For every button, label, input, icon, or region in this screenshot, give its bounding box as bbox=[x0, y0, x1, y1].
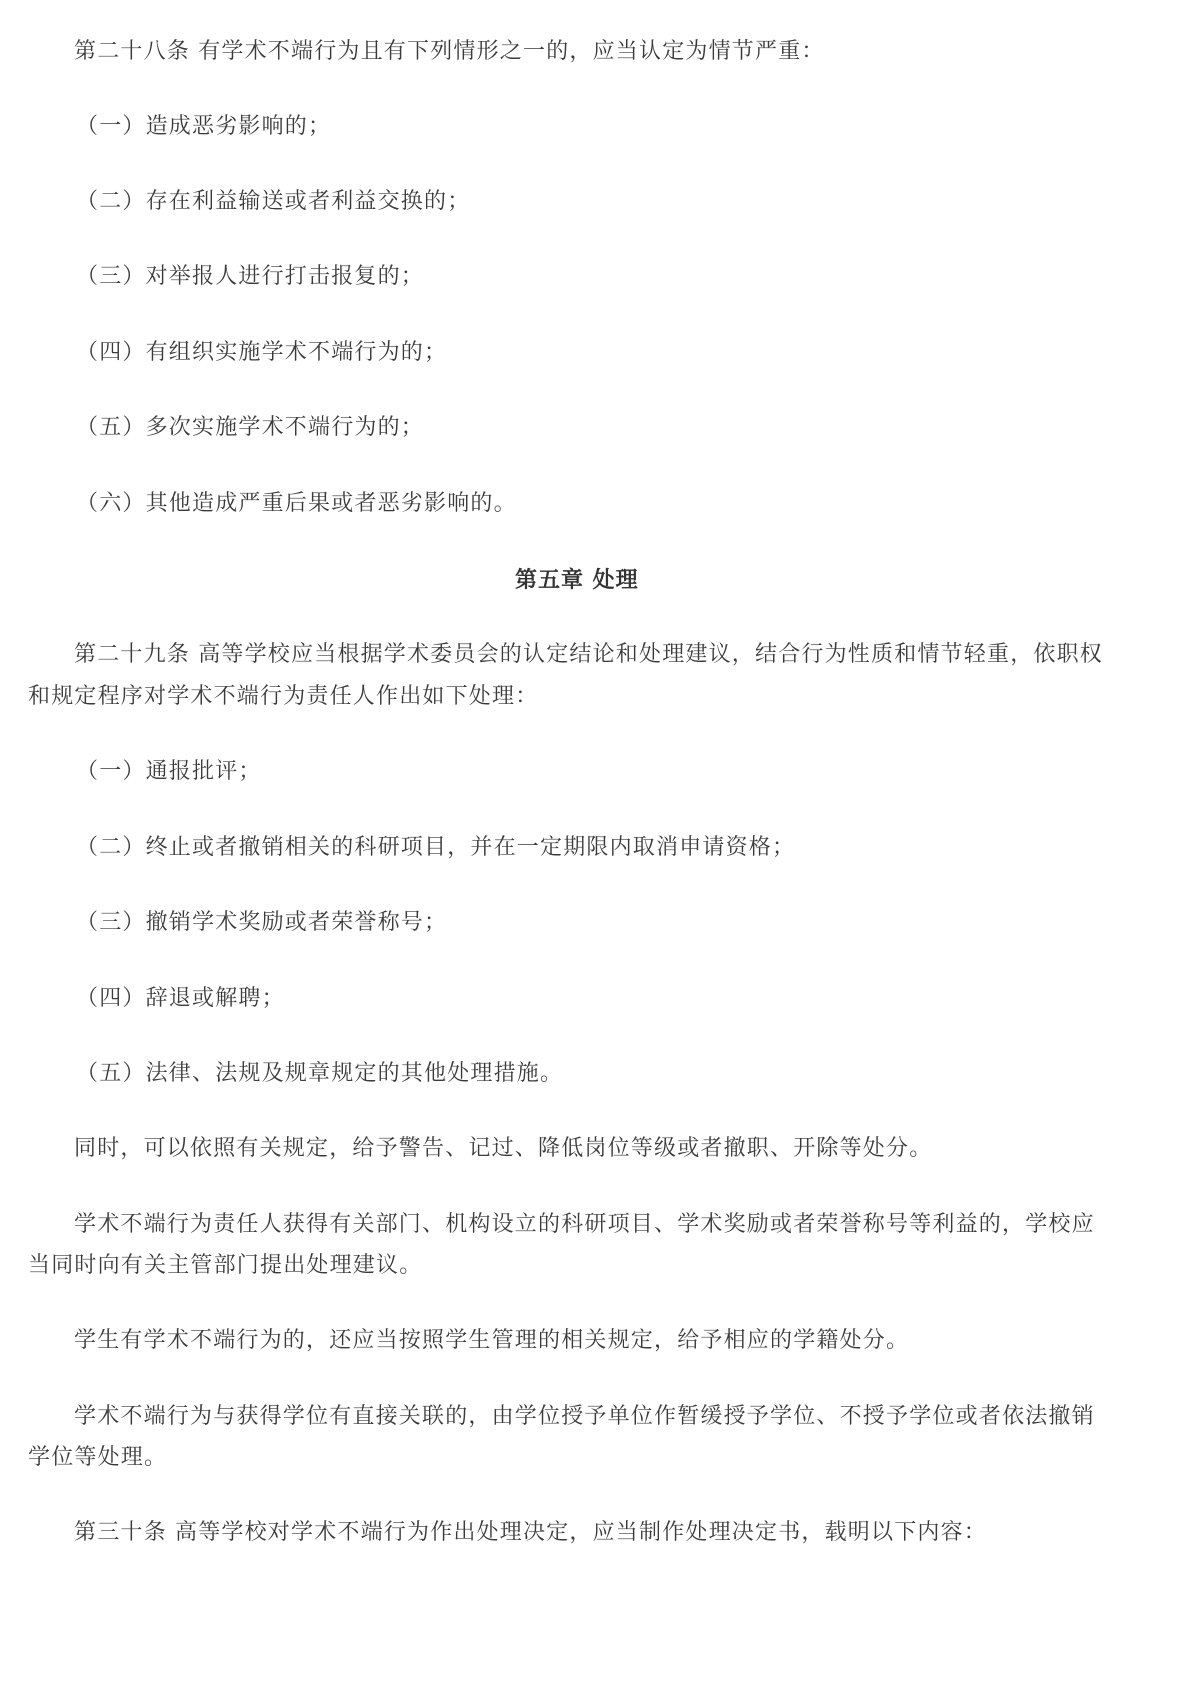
benefits-paragraph-line-1: 学术不端行为责任人获得有关部门、机构设立的科研项目、学术奖励或者荣誉称号等利益的… bbox=[74, 1210, 1095, 1240]
degree-paragraph-line-1: 学术不端行为与获得学位有直接关联的，由学位授予单位作暂缓授予学位、不授予学位或者… bbox=[74, 1402, 1095, 1432]
benefits-paragraph-line-2: 当同时向有关主管部门提出处理建议。 bbox=[28, 1251, 422, 1281]
article-28-item-6: （六）其他造成严重后果或者恶劣影响的。 bbox=[76, 489, 517, 519]
article-28-intro: 第二十八条 有学术不端行为且有下列情形之一的，应当认定为情节严重： bbox=[74, 37, 825, 67]
article-28-item-4: （四）有组织实施学术不端行为的； bbox=[76, 338, 447, 368]
students-paragraph: 学生有学术不端行为的，还应当按照学生管理的相关规定，给予相应的学籍处分。 bbox=[74, 1326, 909, 1356]
article-28-item-5: （五）多次实施学术不端行为的； bbox=[76, 413, 424, 443]
degree-paragraph-line-2: 学位等处理。 bbox=[28, 1443, 167, 1473]
article-28-item-3: （三）对举报人进行打击报复的； bbox=[76, 262, 424, 292]
chapter-heading: 第五章 处理 bbox=[515, 565, 639, 595]
document-page: 第二十八条 有学术不端行为且有下列情形之一的，应当认定为情节严重： （一）造成恶… bbox=[0, 0, 1190, 1684]
article-29-item-1: （一）通报批评； bbox=[76, 757, 262, 787]
article-29-item-5: （五）法律、法规及规章规定的其他处理措施。 bbox=[76, 1059, 563, 1089]
article-29-item-3: （三）撤销学术奖励或者荣誉称号； bbox=[76, 908, 447, 938]
article-28-item-1: （一）造成恶劣影响的； bbox=[76, 112, 331, 142]
article-28-item-2: （二）存在利益输送或者利益交换的； bbox=[76, 187, 470, 217]
article-29-item-2: （二）终止或者撤销相关的科研项目，并在一定期限内取消申请资格； bbox=[76, 833, 795, 863]
sanctions-paragraph: 同时，可以依照有关规定，给予警告、记过、降低岗位等级或者撤职、开除等处分。 bbox=[74, 1134, 932, 1164]
article-30-intro: 第三十条 高等学校对学术不端行为作出处理决定，应当制作处理决定书，载明以下内容： bbox=[74, 1518, 987, 1548]
article-29-intro-line-1: 第二十九条 高等学校应当根据学术委员会的认定结论和处理建议，结合行为性质和情节轻… bbox=[74, 640, 1103, 670]
article-29-intro-line-2: 和规定程序对学术不端行为责任人作出如下处理： bbox=[28, 682, 538, 712]
article-29-item-4: （四）辞退或解聘； bbox=[76, 984, 285, 1014]
